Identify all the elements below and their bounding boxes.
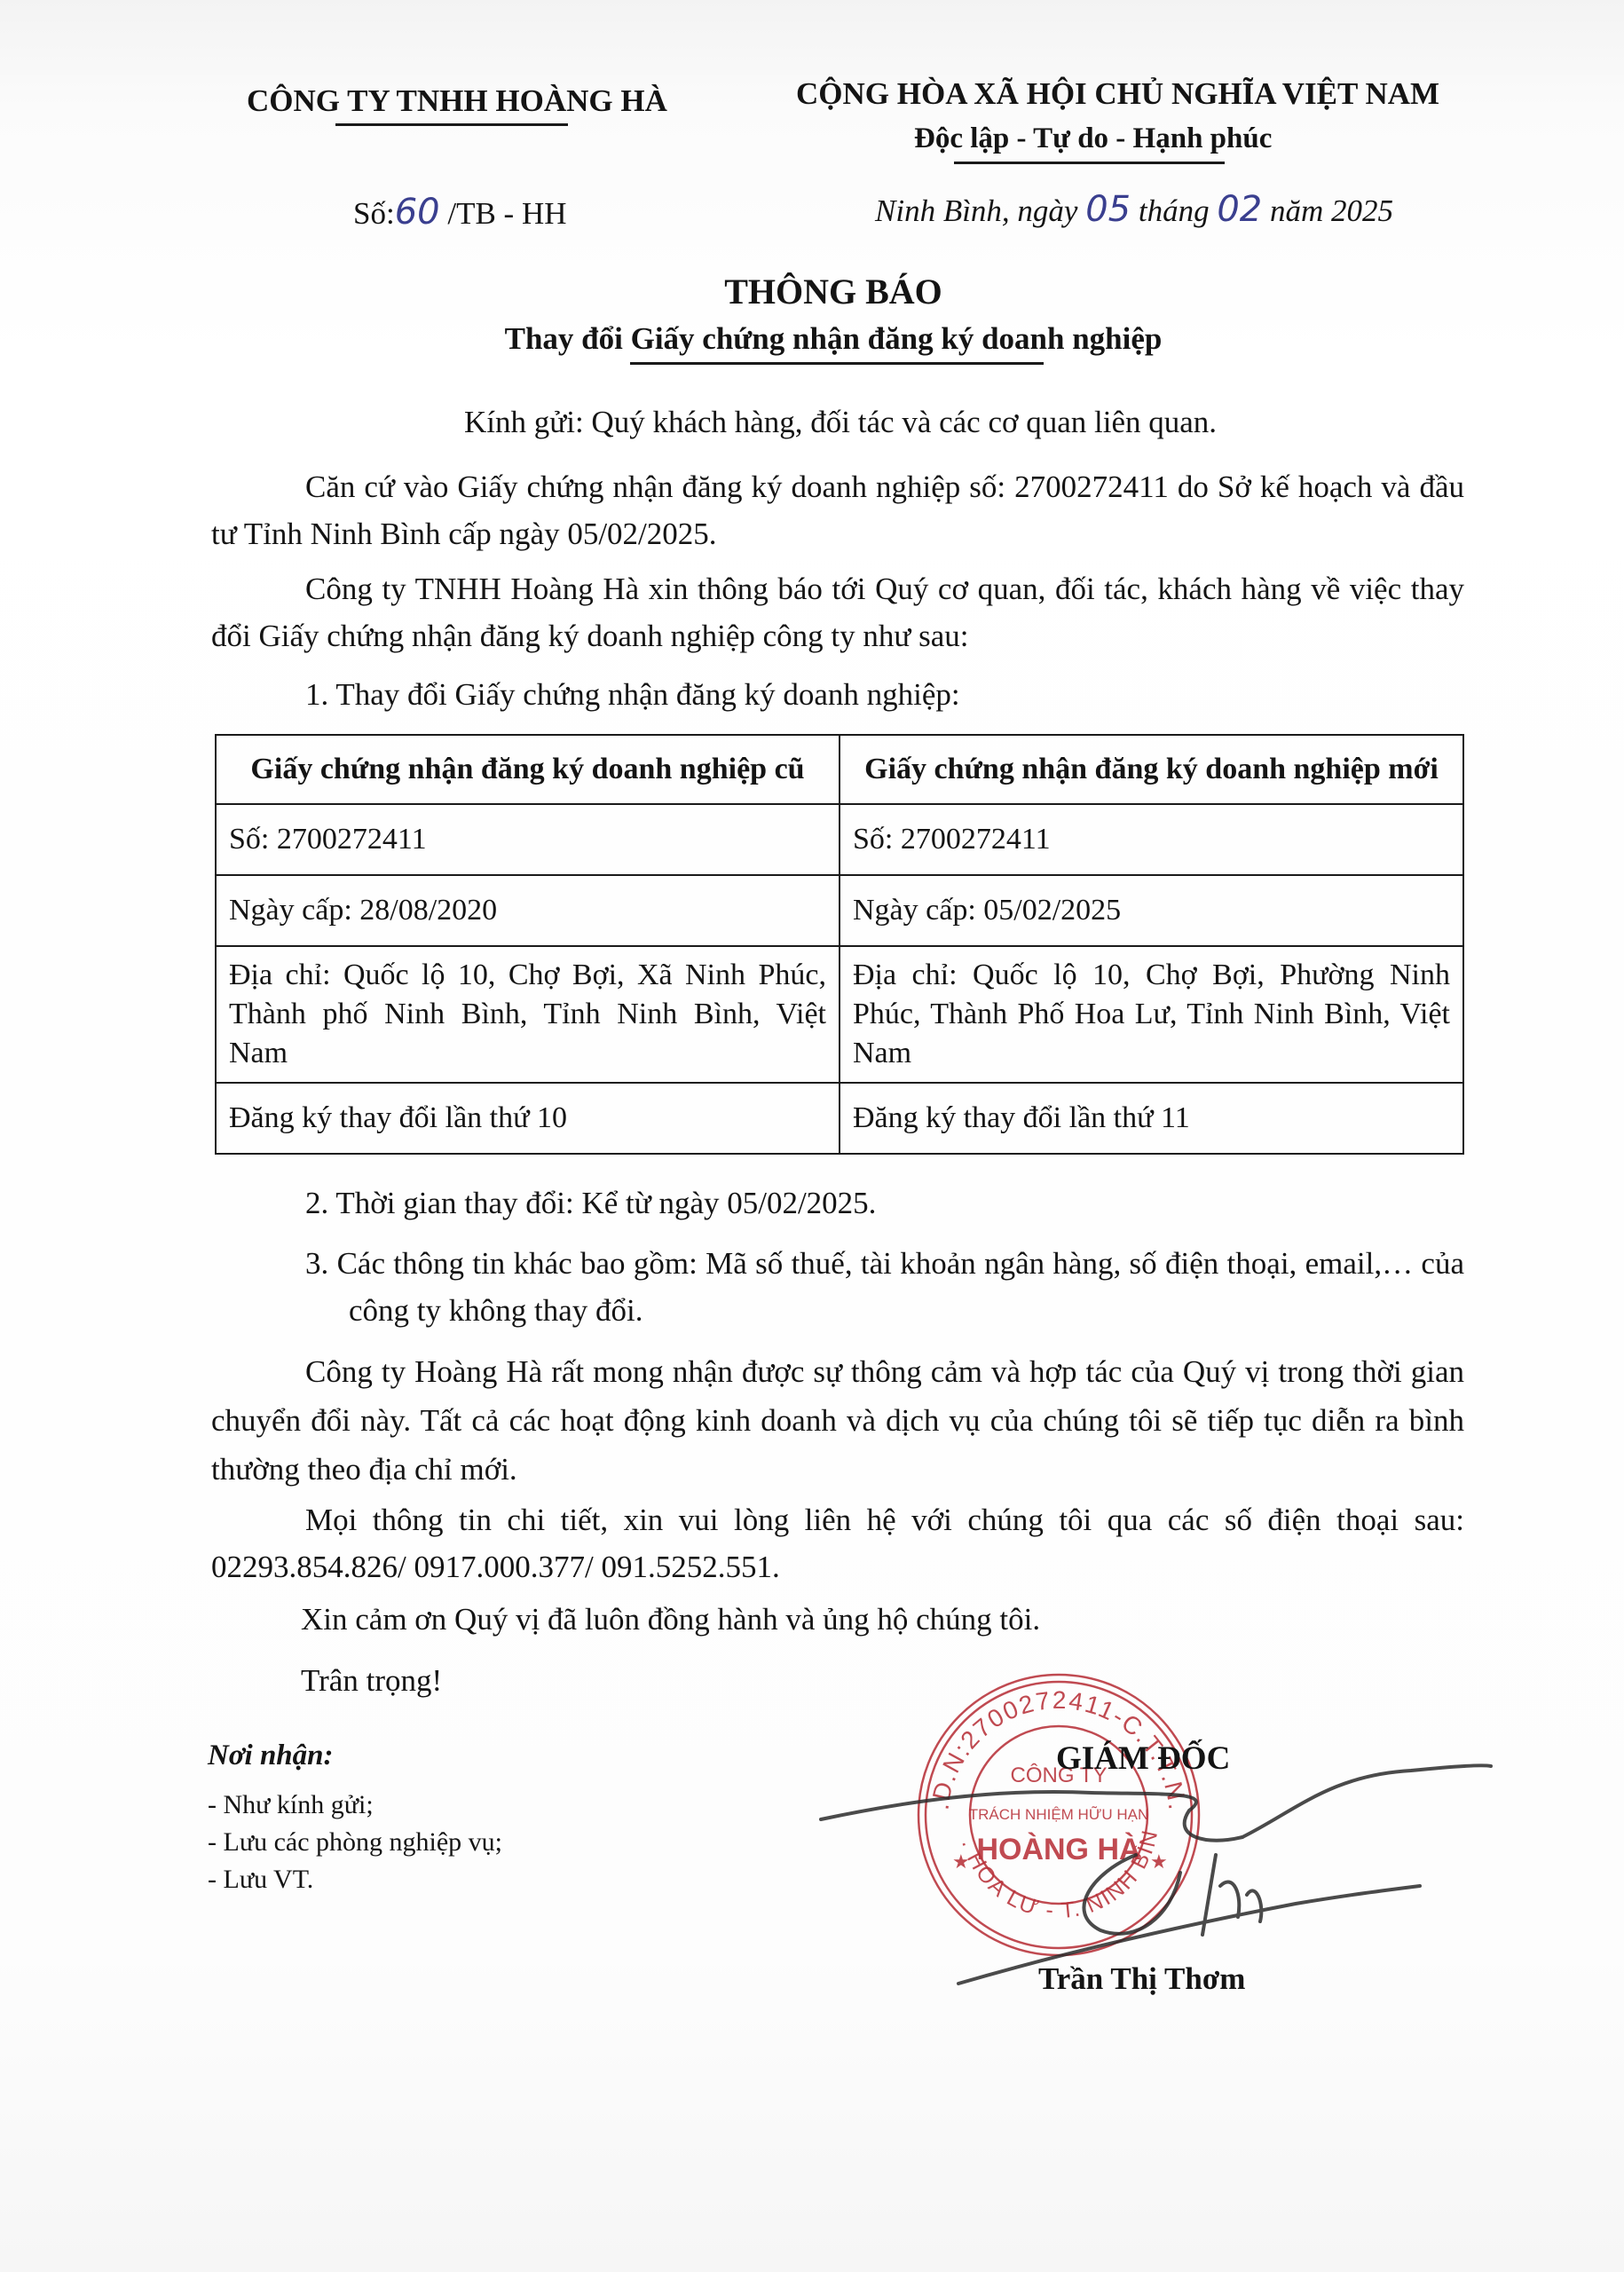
country-heading: CỘNG HÒA XÃ HỘI CHỦ NGHĨA VIỆT NAM <box>796 76 1439 112</box>
table-row: Ngày cấp: 28/08/2020 Ngày cấp: 05/02/202… <box>216 875 1463 946</box>
motto-underline <box>954 162 1225 164</box>
certificate-comparison-table: Giấy chứng nhận đăng ký doanh nghiệp cũ … <box>215 734 1464 1155</box>
thanks-line: Xin cảm ơn Quý vị đã luôn đồng hành và ủ… <box>301 1602 1040 1637</box>
paragraph-intro: Công ty TNHH Hoàng Hà xin thông báo tới … <box>211 565 1464 659</box>
table-header-old: Giấy chứng nhận đăng ký doanh nghiệp cũ <box>216 735 840 804</box>
document-date: Ninh Bình, ngày 05 tháng 02 năm 2025 <box>875 189 1393 230</box>
motto: Độc lập - Tự do - Hạnh phúc <box>914 122 1272 155</box>
table-cell: Số: 2700272411 <box>216 804 840 875</box>
table-cell: Ngày cấp: 05/02/2025 <box>840 875 1463 946</box>
date-place: Ninh Bình, ngày <box>875 193 1077 228</box>
list-item-1: 1. Thay đổi Giấy chứng nhận đăng ký doan… <box>305 677 960 713</box>
list-item-2: 2. Thời gian thay đổi: Kể từ ngày 05/02/… <box>305 1186 876 1221</box>
table-cell: Số: 2700272411 <box>840 804 1463 875</box>
regards-line: Trân trọng! <box>301 1663 442 1699</box>
recipient-item: - Như kính gửi; <box>208 1790 374 1820</box>
notice-title: THÔNG BÁO <box>0 271 1624 312</box>
table-cell: Đăng ký thay đổi lần thứ 11 <box>840 1083 1463 1154</box>
list-item-3-line2: công ty không thay đổi. <box>349 1293 643 1329</box>
date-year: năm 2025 <box>1270 193 1393 228</box>
table-header-row: Giấy chứng nhận đăng ký doanh nghiệp cũ … <box>216 735 1463 804</box>
table-cell: Ngày cấp: 28/08/2020 <box>216 875 840 946</box>
notice-subtitle: Thay đổi Giấy chứng nhận đăng ký doanh n… <box>0 321 1624 357</box>
date-month-label: tháng <box>1139 193 1210 228</box>
number-prefix: Số: <box>353 196 395 231</box>
paragraph-contact: Mọi thông tin chi tiết, xin vui lòng liê… <box>211 1496 1464 1590</box>
subtitle-underline <box>630 362 1044 365</box>
document-number: Số:60 /TB - HH <box>353 192 567 233</box>
table-cell: Đăng ký thay đổi lần thứ 10 <box>216 1083 840 1154</box>
recipient-item: - Lưu các phòng nghiệp vụ; <box>208 1827 502 1858</box>
recipient-line: Kính gửi: Quý khách hàng, đối tác và các… <box>464 405 1217 440</box>
company-name: CÔNG TY TNHH HOÀNG HÀ <box>247 83 667 119</box>
table-row: Số: 2700272411 Số: 2700272411 <box>216 804 1463 875</box>
table-cell: Địa chỉ: Quốc lộ 10, Chợ Bợi, Xã Ninh Ph… <box>216 946 840 1083</box>
paragraph-basis: Căn cứ vào Giấy chứng nhận đăng ký doanh… <box>211 463 1464 557</box>
recipients-label: Nơi nhận: <box>208 1739 334 1772</box>
number-suffix: /TB - HH <box>447 196 566 231</box>
table-cell: Địa chỉ: Quốc lộ 10, Chợ Bợi, Phường Nin… <box>840 946 1463 1083</box>
list-item-3-line1: 3. Các thông tin khác bao gồm: Mã số thu… <box>305 1246 1464 1282</box>
table-row: Địa chỉ: Quốc lộ 10, Chợ Bợi, Xã Ninh Ph… <box>216 946 1463 1083</box>
date-day: 05 <box>1085 189 1131 230</box>
table-row: Đăng ký thay đổi lần thứ 10 Đăng ký thay… <box>216 1083 1463 1154</box>
recipient-item: - Lưu VT. <box>208 1865 313 1895</box>
table-header-new: Giấy chứng nhận đăng ký doanh nghiệp mới <box>840 735 1463 804</box>
number-handwritten: 60 <box>395 192 440 233</box>
signature-icon <box>799 1739 1509 2006</box>
company-underline <box>335 123 568 126</box>
date-month: 02 <box>1217 189 1262 230</box>
paragraph-hope: Công ty Hoàng Hà rất mong nhận được sự t… <box>211 1347 1464 1494</box>
